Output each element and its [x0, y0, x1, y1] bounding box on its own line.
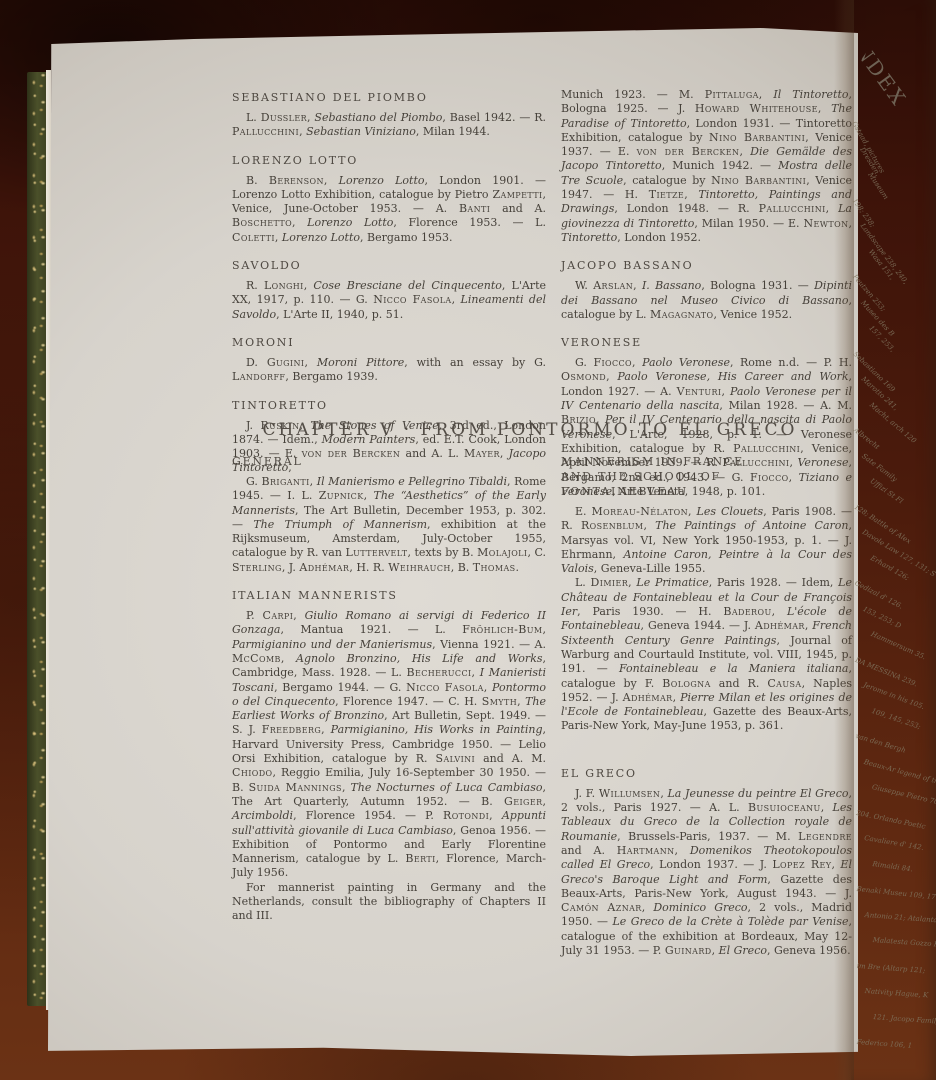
- section-heading: GENERAL: [232, 454, 546, 469]
- section-heading: SEBASTIANO DEL PIOMBO: [232, 90, 546, 105]
- index-fragment: 121. Jacopo Family: [872, 1013, 936, 1026]
- section-heading: TINTORETTO: [232, 398, 546, 413]
- section-heading: SAVOLDO: [232, 258, 546, 273]
- index-page-edge: INDEX Gstaad, picturesDresden,Museum198;…: [851, 0, 936, 1080]
- bibliography-paragraph: Munich 1923. — M. Pittaluga, Il Tintoret…: [561, 88, 852, 245]
- index-fragment: 204. Orlando Poetic: [855, 809, 926, 831]
- index-fragment: Benaki Museu 109, 177,: [856, 885, 936, 902]
- section-heading: MANNERISM IN FRANCE AND THE SCHOOL OF FO…: [561, 454, 852, 499]
- index-fragment: Cavaliere d' 142.: [864, 834, 925, 852]
- index-fragment: Sate Family: [860, 452, 898, 483]
- index-fragment: Albrecht: [852, 426, 881, 451]
- bibliography-column-bottom-left: GENERALG. Briganti, Il Manierismo e Pell…: [232, 452, 546, 924]
- bibliography-paragraph: For mannerist painting in Germany and th…: [232, 881, 546, 924]
- index-fragment: van den Bergh: [855, 732, 907, 755]
- section-heading: LORENZO LOTTO: [232, 153, 546, 168]
- index-fragment: Gedizal d' 126.: [853, 579, 904, 611]
- bibliography-paragraph: D. Gugini, Moroni Pittore, with an essay…: [232, 356, 546, 385]
- index-fragment: Nativity Hague, K: [864, 987, 928, 999]
- index-fragment: Antonio 21; Atalanta: [864, 911, 936, 924]
- bibliography-paragraph: L. Dimier, Le Primatice, Paris 1928. — I…: [561, 576, 852, 733]
- chapter-heading: CHAPTER V · FROM PONTORMO TO EL GRECO: [200, 420, 860, 440]
- index-fragment: im Bre (Altarp 121;: [856, 962, 925, 975]
- section-heading: VERONESE: [561, 335, 852, 350]
- bibliography-paragraph: W. Arslan, I. Bassano, Bologna 1931. — D…: [561, 279, 852, 322]
- index-fragment: Hammersum 35.: [870, 630, 927, 661]
- bibliography-paragraph: R. Longhi, Cose Bresciane del Cinquecent…: [232, 279, 546, 322]
- index-fragment: Beaux-Ar legend of th: [863, 758, 936, 786]
- index-fragment: Federico 106, 1: [856, 1038, 912, 1050]
- section-heading: MORONI: [232, 335, 546, 350]
- section-heading: ITALIAN MANNERISTS: [232, 588, 546, 603]
- index-fragment: Rimaldi 84.: [872, 860, 913, 873]
- bibliography-paragraph: P. Carpi, Giulio Romano ai servigi di Fe…: [232, 609, 546, 881]
- index-fragment: Uffizi St Fl: [868, 477, 904, 505]
- index-fragment: Landscape 238, 240,: [859, 222, 910, 286]
- index-fragment: Giuseppe Pietro 70,: [871, 783, 936, 807]
- bibliography-column-top-left: SEBASTIANO DEL PIOMBOL. Dussler, Sebasti…: [232, 88, 546, 476]
- index-fragment: 109, 145, 253;: [870, 707, 921, 731]
- bibliography-paragraph: G. Briganti, Il Manierismo e Pellegrino …: [232, 475, 546, 575]
- index-page-title: INDEX: [851, 30, 912, 111]
- bibliography-paragraph: L. Dussler, Sebastiano del Piombo, Basel…: [232, 111, 546, 140]
- index-fragment: Malatesta Gozzo Ha: [872, 936, 936, 949]
- bibliography-paragraph: E. Moreau-Nélaton, Les Clouets, Paris 19…: [561, 505, 852, 576]
- section-heading: EL GRECO: [561, 766, 852, 781]
- bibliography-paragraph: B. Berenson, Lorenzo Lotto, London 1901.…: [232, 174, 546, 245]
- section-heading: JACOPO BASSANO: [561, 258, 852, 273]
- photo-background: SEBASTIANO DEL PIOMBOL. Dussler, Sebasti…: [0, 0, 936, 1080]
- bibliography-column-bottom-right: MANNERISM IN FRANCE AND THE SCHOOL OF FO…: [561, 452, 852, 958]
- bibliography-paragraph: J. F. Willumsen, La Jeunesse du peintre …: [561, 787, 852, 959]
